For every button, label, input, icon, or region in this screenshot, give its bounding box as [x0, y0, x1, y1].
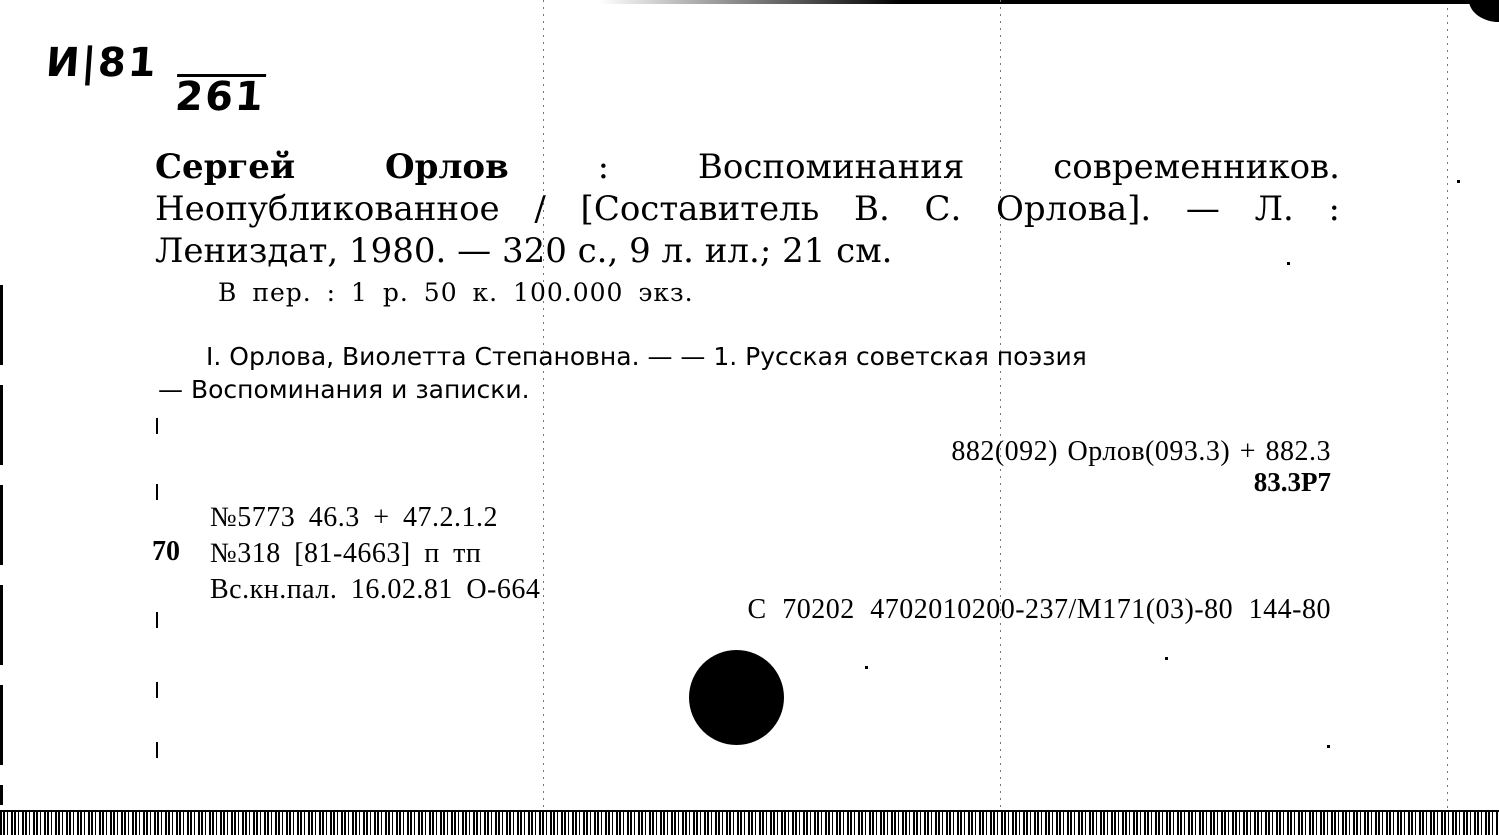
card-bottom-edge-noise — [0, 812, 1499, 835]
margin-tick — [156, 742, 158, 758]
speck — [1165, 657, 1168, 660]
author-heading: Сергей Орлов — [155, 147, 509, 187]
bbk-classification: 83.3Р7 — [1254, 467, 1331, 498]
tech-line-2: №318 [81-4663] п тп — [210, 536, 540, 572]
punch-hole — [689, 650, 784, 745]
margin-tick — [156, 418, 158, 434]
speck — [1287, 262, 1290, 265]
bibliographic-description: Сергей Орлов : Воспоминания современнико… — [155, 146, 1340, 272]
shelfmark-upper: И|81 — [44, 40, 159, 86]
speck — [1327, 745, 1330, 748]
tracing-line-2: — Воспоминания и записки. — [158, 373, 1330, 406]
scan-guide-line — [1447, 8, 1448, 810]
shelfmark-lower: 261 — [174, 74, 267, 117]
tech-line-3: Вс.кн.пал. 16.02.81 О-664 — [210, 572, 540, 608]
tech-line-4: С 70202 4702010200-237/М171(03)-80 144-8… — [748, 594, 1331, 626]
margin-tick — [156, 682, 158, 698]
technical-data: №5773 46.3 + 47.2.1.2 №318 [81-4663] п т… — [210, 500, 540, 608]
catalog-card: И|81 261 Сергей Орлов : Воспоминания сов… — [0, 0, 1499, 835]
tech-line-1: №5773 46.3 + 47.2.1.2 — [210, 500, 540, 536]
card-corner-shadow — [1469, 0, 1499, 22]
udc-classification: 882(092) Орлов(093.3) + 882.3 — [951, 436, 1331, 468]
price-and-print-run: В пер. : 1 р. 50 к. 100.000 экз. — [218, 278, 694, 307]
tracing-line-1: I. Орлова, Виолетта Степановна. — — 1. Р… — [158, 340, 1330, 373]
card-left-edge — [0, 285, 3, 805]
card-top-edge — [0, 0, 1499, 4]
tracings: I. Орлова, Виолетта Степановна. — — 1. Р… — [158, 340, 1330, 406]
margin-tick — [156, 612, 158, 628]
tech-prefix: 70 — [152, 536, 180, 568]
handwritten-shelfmark: И|81 261 — [44, 40, 268, 86]
margin-tick — [156, 484, 158, 500]
speck — [1457, 180, 1460, 183]
speck — [865, 666, 868, 669]
